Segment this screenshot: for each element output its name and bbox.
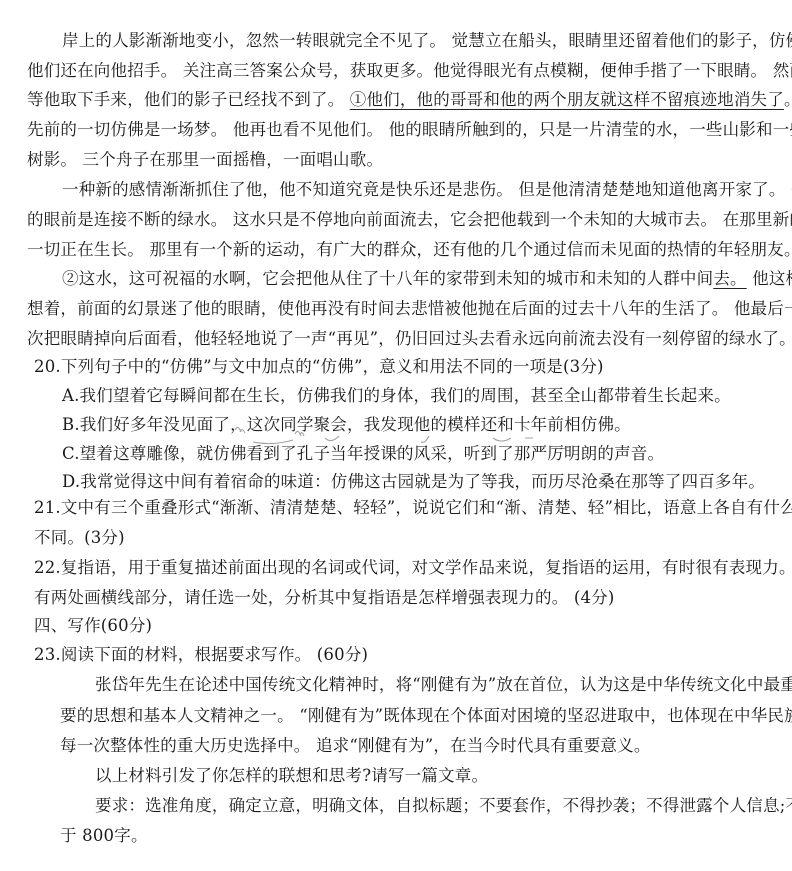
underlined-sentence-2: 去。 bbox=[713, 269, 746, 288]
question-23-stem: 23.阅读下面的材料，根据要求写作。 (60分) bbox=[34, 645, 368, 665]
passage-line: 一种新的感情渐渐抓住了他，他不知道究竟是快乐还是悲伤。 但是他清清楚楚地知道他离… bbox=[62, 180, 792, 200]
question-20-option-b: B.我们好多年没见面了，这次同学聚会，我发现他的模样还和十年前相仿佛。 bbox=[62, 415, 631, 435]
question-20-stem: 20.下列句子中的“仿佛”与文中加点的“仿佛”，意义和用法不同的一项是(3分) bbox=[34, 357, 604, 377]
writing-prompt: 以上材料引发了你怎样的联想和思考?请写一篇文章。 bbox=[95, 766, 488, 786]
question-20-option-a: A.我们望着它每瞬间都在生长，仿佛我们的身体，我们的周围，甚至全山都带着生长起来… bbox=[62, 386, 731, 406]
writing-requirements: 要求：选准角度，确定立意，明确文体，自拟标题；不要套作，不得抄袭；不得泄露个人信… bbox=[95, 796, 792, 816]
passage-text: 等他取下手来，他们的影子已经找不到了。 bbox=[27, 90, 350, 109]
question-20-option-d: D.我常觉得这中间有着宿命的味道：仿佛这古园就是为了等我，而历尽沧桑在那等了四百… bbox=[62, 472, 765, 492]
passage-text: 他这样 bbox=[747, 269, 792, 288]
passage-line: 他们还在向他招手。 关注高三答案公众号，获取更多。他觉得眼光有点模糊，便伸手揩了… bbox=[27, 61, 792, 81]
passage-text: ②这水，这可祝福的水啊，它会把他从住了十八年的家带到未知的城市和未知的人群中间 bbox=[62, 269, 713, 288]
question-22-text: 有两处画横线部分，请任选一处，分析其中复指语是怎样增强表现力的。 (4分) bbox=[34, 588, 615, 608]
passage-line: 一切正在生长。 那里有一个新的运动，有广大的群众，还有他的几个通过信而未见面的热… bbox=[27, 240, 792, 260]
writing-requirements: 于 800字。 bbox=[60, 826, 148, 846]
question-21-text: 21.文中有三个重叠形式“渐渐、清清楚楚、轻轻”，说说它们和“渐、清楚、轻”相比… bbox=[34, 498, 792, 518]
question-20-option-c: C.望着这尊雕像，就仿佛看到了孔子当年授课的风采，听到了那严厉明朗的声音。 bbox=[62, 444, 664, 464]
passage-line: 想着，前面的幻景迷了他的眼睛，使他再没有时间去悲惜被他抛在后面的过去十八年的生活… bbox=[27, 299, 792, 319]
material-line: 每一次整体性的重大历史选择中。 追求“刚健有为”，在当今时代具有重要意义。 bbox=[60, 736, 651, 756]
passage-line: 的眼前是连接不断的绿水。 这水只是不停地向前面流去，它会把他载到一个未知的大城市… bbox=[27, 210, 792, 230]
passage-line: 树影。 三个舟子在那里一面摇橹，一面唱山歌。 bbox=[27, 150, 383, 170]
passage-line: ②这水，这可祝福的水啊，它会把他从住了十八年的家带到未知的城市和未知的人群中间去… bbox=[62, 269, 792, 289]
section-title-writing: 四、写作(60分) bbox=[34, 616, 152, 636]
material-line: 张岱年先生在论述中国传统文化精神时，将“刚健有为”放在首位，认为这是中华传统文化… bbox=[95, 675, 792, 695]
passage-line: 岸上的人影渐渐地变小，忽然一转眼就完全不见了。 觉慧立在船头，眼睛里还留着他们的… bbox=[62, 31, 792, 51]
material-line: 要的思想和基本人文精神之一。 “刚健有为”既体现在个体面对困境的坚忍进取中，也体… bbox=[60, 706, 792, 726]
passage-text: 。 bbox=[784, 90, 792, 109]
passage-line: 次把眼睛掉向后面看，他轻轻地说了一声“再见”，仍旧回过头去看永远向前流去没有一刻… bbox=[27, 329, 792, 349]
question-21-text: 不同。(3分) bbox=[34, 528, 125, 548]
passage-line: 等他取下手来，他们的影子已经找不到了。 ①他们，他的哥哥和他的两个朋友就这样不留… bbox=[27, 90, 792, 110]
underlined-sentence-1: ①他们，他的哥哥和他的两个朋友就这样不留痕迹地消失了 bbox=[350, 90, 784, 109]
question-22-text: 22.复指语，用于重复描述前面出现的名词或代词，对文学作品来说，复指语的运用，有… bbox=[34, 558, 792, 578]
passage-line: 先前的一切仿佛是一场梦。 他再也看不见他们。 他的眼睛所触到的，只是一片清莹的水… bbox=[27, 120, 792, 140]
